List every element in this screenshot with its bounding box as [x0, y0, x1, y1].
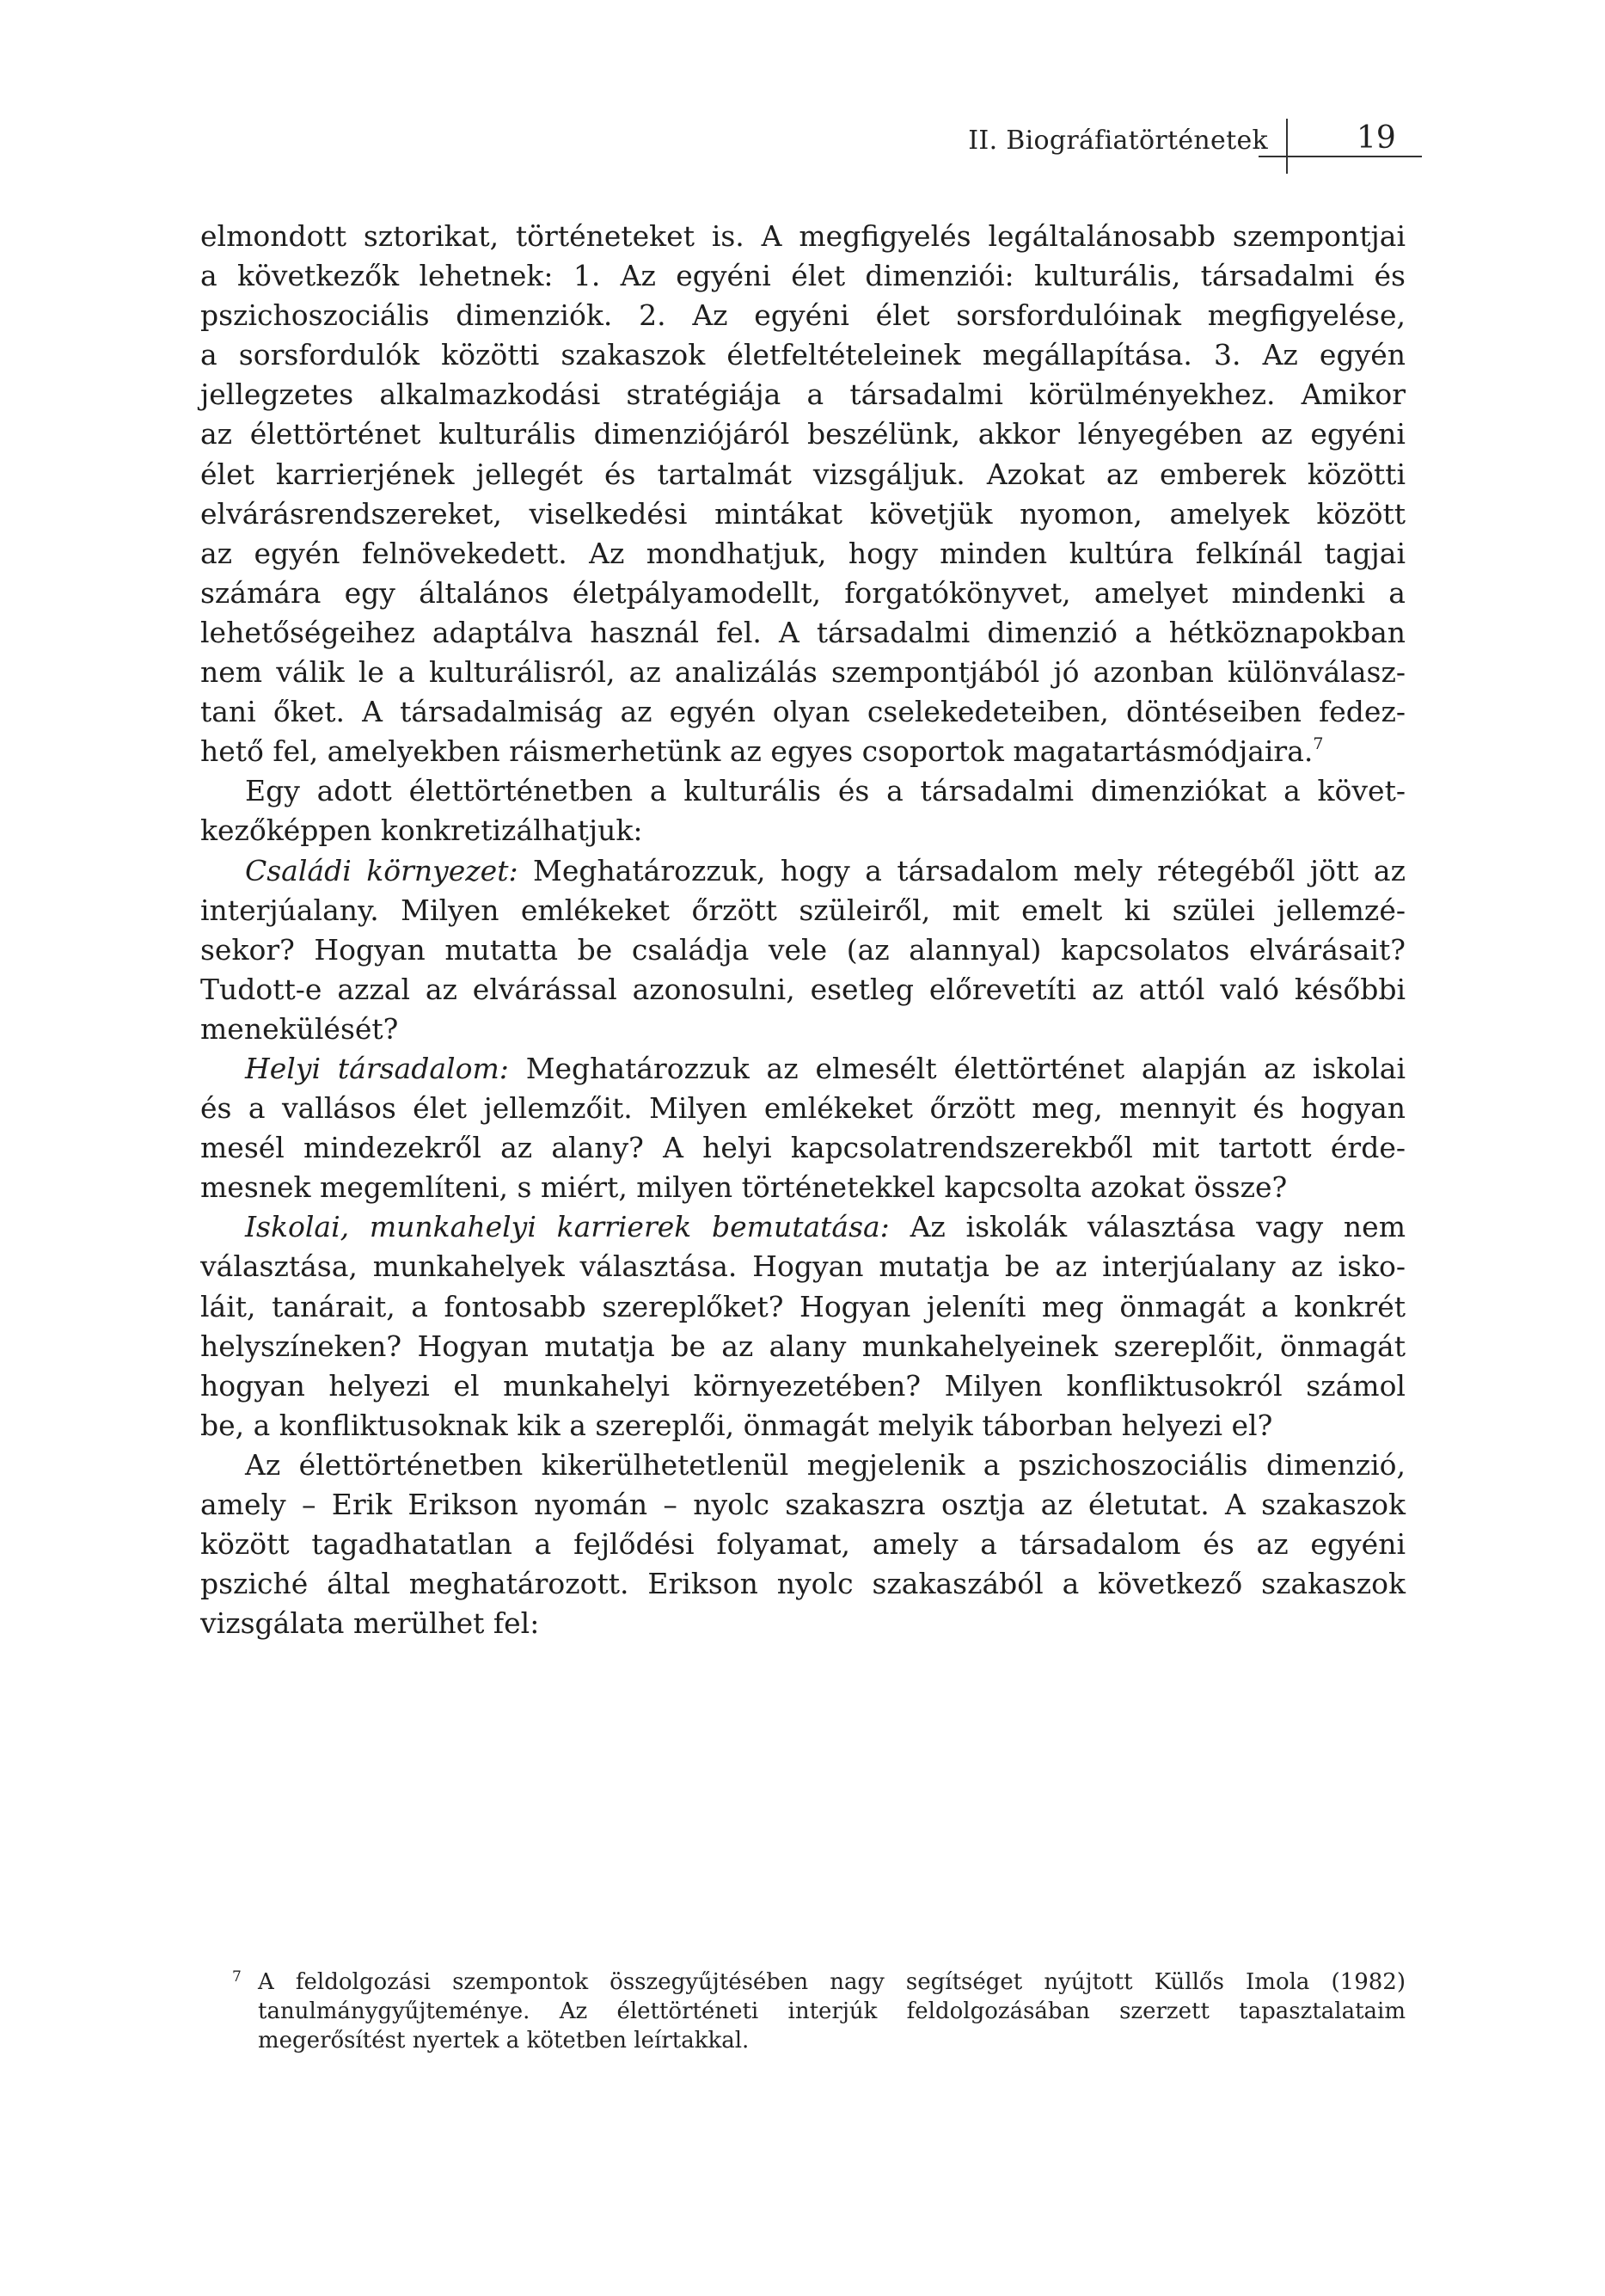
- text-line: nem válik le a kulturálisról, az analizá…: [200, 653, 1406, 692]
- footnote-line: A feldolgozási szempontok összegyűjtéséb…: [239, 1968, 1406, 1997]
- text-line: helyszíneken? Hogyan mutatja be az alany…: [200, 1327, 1406, 1366]
- footnote-line: tanulmánygyűjteménye. Az élettörténeti i…: [239, 1997, 1406, 2026]
- text-line: mesnek megemlíteni, s miért, milyen tört…: [200, 1168, 1406, 1207]
- paragraph-family: Családi környezet: Meghatározzuk, hogy a…: [200, 851, 1406, 891]
- page-number: 19: [1357, 120, 1396, 156]
- text-line: mesél mindezekről az alany? A helyi kapc…: [200, 1128, 1406, 1168]
- text-line: között tagadhatatlan a fejlődési folyama…: [200, 1525, 1406, 1564]
- text-line: Meghatározzuk az elmesélt élettörténet a…: [526, 1052, 1406, 1085]
- paragraph-career: Iskolai, munkahelyi karrierek bemutatása…: [200, 1207, 1406, 1247]
- section-title: II. Biográfiatörténetek: [968, 126, 1268, 156]
- text-line: választása, munkahelyek választása. Hogy…: [200, 1247, 1406, 1286]
- text-line: a sorsfordulók közötti szakaszok életfel…: [200, 335, 1406, 375]
- text-line: élet karrierjének jellegét és tartalmát …: [200, 455, 1406, 494]
- text-line: Egy adott élettörténetben a kulturális é…: [200, 771, 1406, 811]
- text-line: sekor? Hogyan mutatta be családja vele (…: [200, 930, 1406, 970]
- italic-lead-career: Iskolai, munkahelyi karrierek bemutatása…: [245, 1210, 890, 1243]
- text-line: és a vallásos élet jellemzőit. Milyen em…: [200, 1089, 1406, 1128]
- text-line: Az élettörténetben kikerülhetetlenül meg…: [200, 1446, 1406, 1485]
- footnote-line: megerősítést nyertek a kötetben leírtakk…: [239, 2026, 1406, 2055]
- header-horizontal-rule: [1259, 156, 1422, 157]
- text-line: Meghatározzuk, hogy a társadalom mely ré…: [533, 854, 1406, 887]
- paragraph-local: Helyi társadalom: Meghatározzuk az elmes…: [200, 1049, 1406, 1089]
- text-line: jellegzetes alkalmazkodási stratégiája a…: [200, 375, 1406, 414]
- text-line: az élettörténet kulturális dimenziójáról…: [200, 414, 1406, 454]
- header-vertical-rule: [1286, 119, 1288, 174]
- text-line: hető fel, amelyekben ráismerhetünk az eg…: [200, 734, 1313, 768]
- text-line: kezőképpen konkretizálhatjuk:: [200, 811, 1406, 850]
- text-line: psziché által meghatározott. Erikson nyo…: [200, 1564, 1406, 1604]
- text-line: hogyan helyezi el munkahelyi környezetéb…: [200, 1366, 1406, 1406]
- running-head: II. Biográfiatörténetek 19: [860, 119, 1410, 179]
- footnote-number: 7: [232, 1962, 242, 1992]
- text-line: Tudott-e azzal az elvárással azonosulni,…: [200, 970, 1406, 1010]
- italic-lead-family: Családi környezet:: [245, 854, 518, 887]
- body-text: elmondott sztorikat, történeteket is. A …: [200, 217, 1406, 1643]
- text-line: pszichoszociális dimenziók. 2. Az egyéni…: [200, 296, 1406, 335]
- footnote: 7 A feldolgozási szempontok összegyűjtés…: [239, 1968, 1406, 2055]
- text-line: az egyén felnövekedett. Az mondhatjuk, h…: [200, 534, 1406, 574]
- text-line: lehetőségeihez adaptálva használ fel. A …: [200, 613, 1406, 653]
- text-line: a következők lehetnek: 1. Az egyéni élet…: [200, 256, 1406, 296]
- text-line: interjúalany. Milyen emlékeket őrzött sz…: [200, 891, 1406, 930]
- text-line: amely – Erik Erikson nyomán – nyolc szak…: [200, 1485, 1406, 1525]
- text-line: elmondott sztorikat, történeteket is. A …: [200, 217, 1406, 256]
- footnote-reference[interactable]: 7: [1313, 734, 1323, 753]
- text-line: Az iskolák választása vagy nem: [910, 1210, 1406, 1243]
- text-line: menekülését?: [200, 1010, 1406, 1049]
- text-line: láit, tanárait, a fontosabb szereplőket?…: [200, 1287, 1406, 1327]
- italic-lead-local: Helyi társadalom:: [245, 1052, 509, 1085]
- text-line: elvárásrendszereket, viselkedési mintáka…: [200, 494, 1406, 534]
- book-page: II. Biográfiatörténetek 19 elmondott szt…: [0, 0, 1605, 2296]
- text-line-with-footnote: hető fel, amelyekben ráismerhetünk az eg…: [200, 732, 1406, 771]
- text-line: vizsgálata merülhet fel:: [200, 1604, 1406, 1643]
- text-line: be, a konfliktusoknak kik a szereplői, ö…: [200, 1406, 1406, 1446]
- text-line: tani őket. A társadalmiság az egyén olya…: [200, 692, 1406, 732]
- text-line: számára egy általános életpályamodellt, …: [200, 574, 1406, 613]
